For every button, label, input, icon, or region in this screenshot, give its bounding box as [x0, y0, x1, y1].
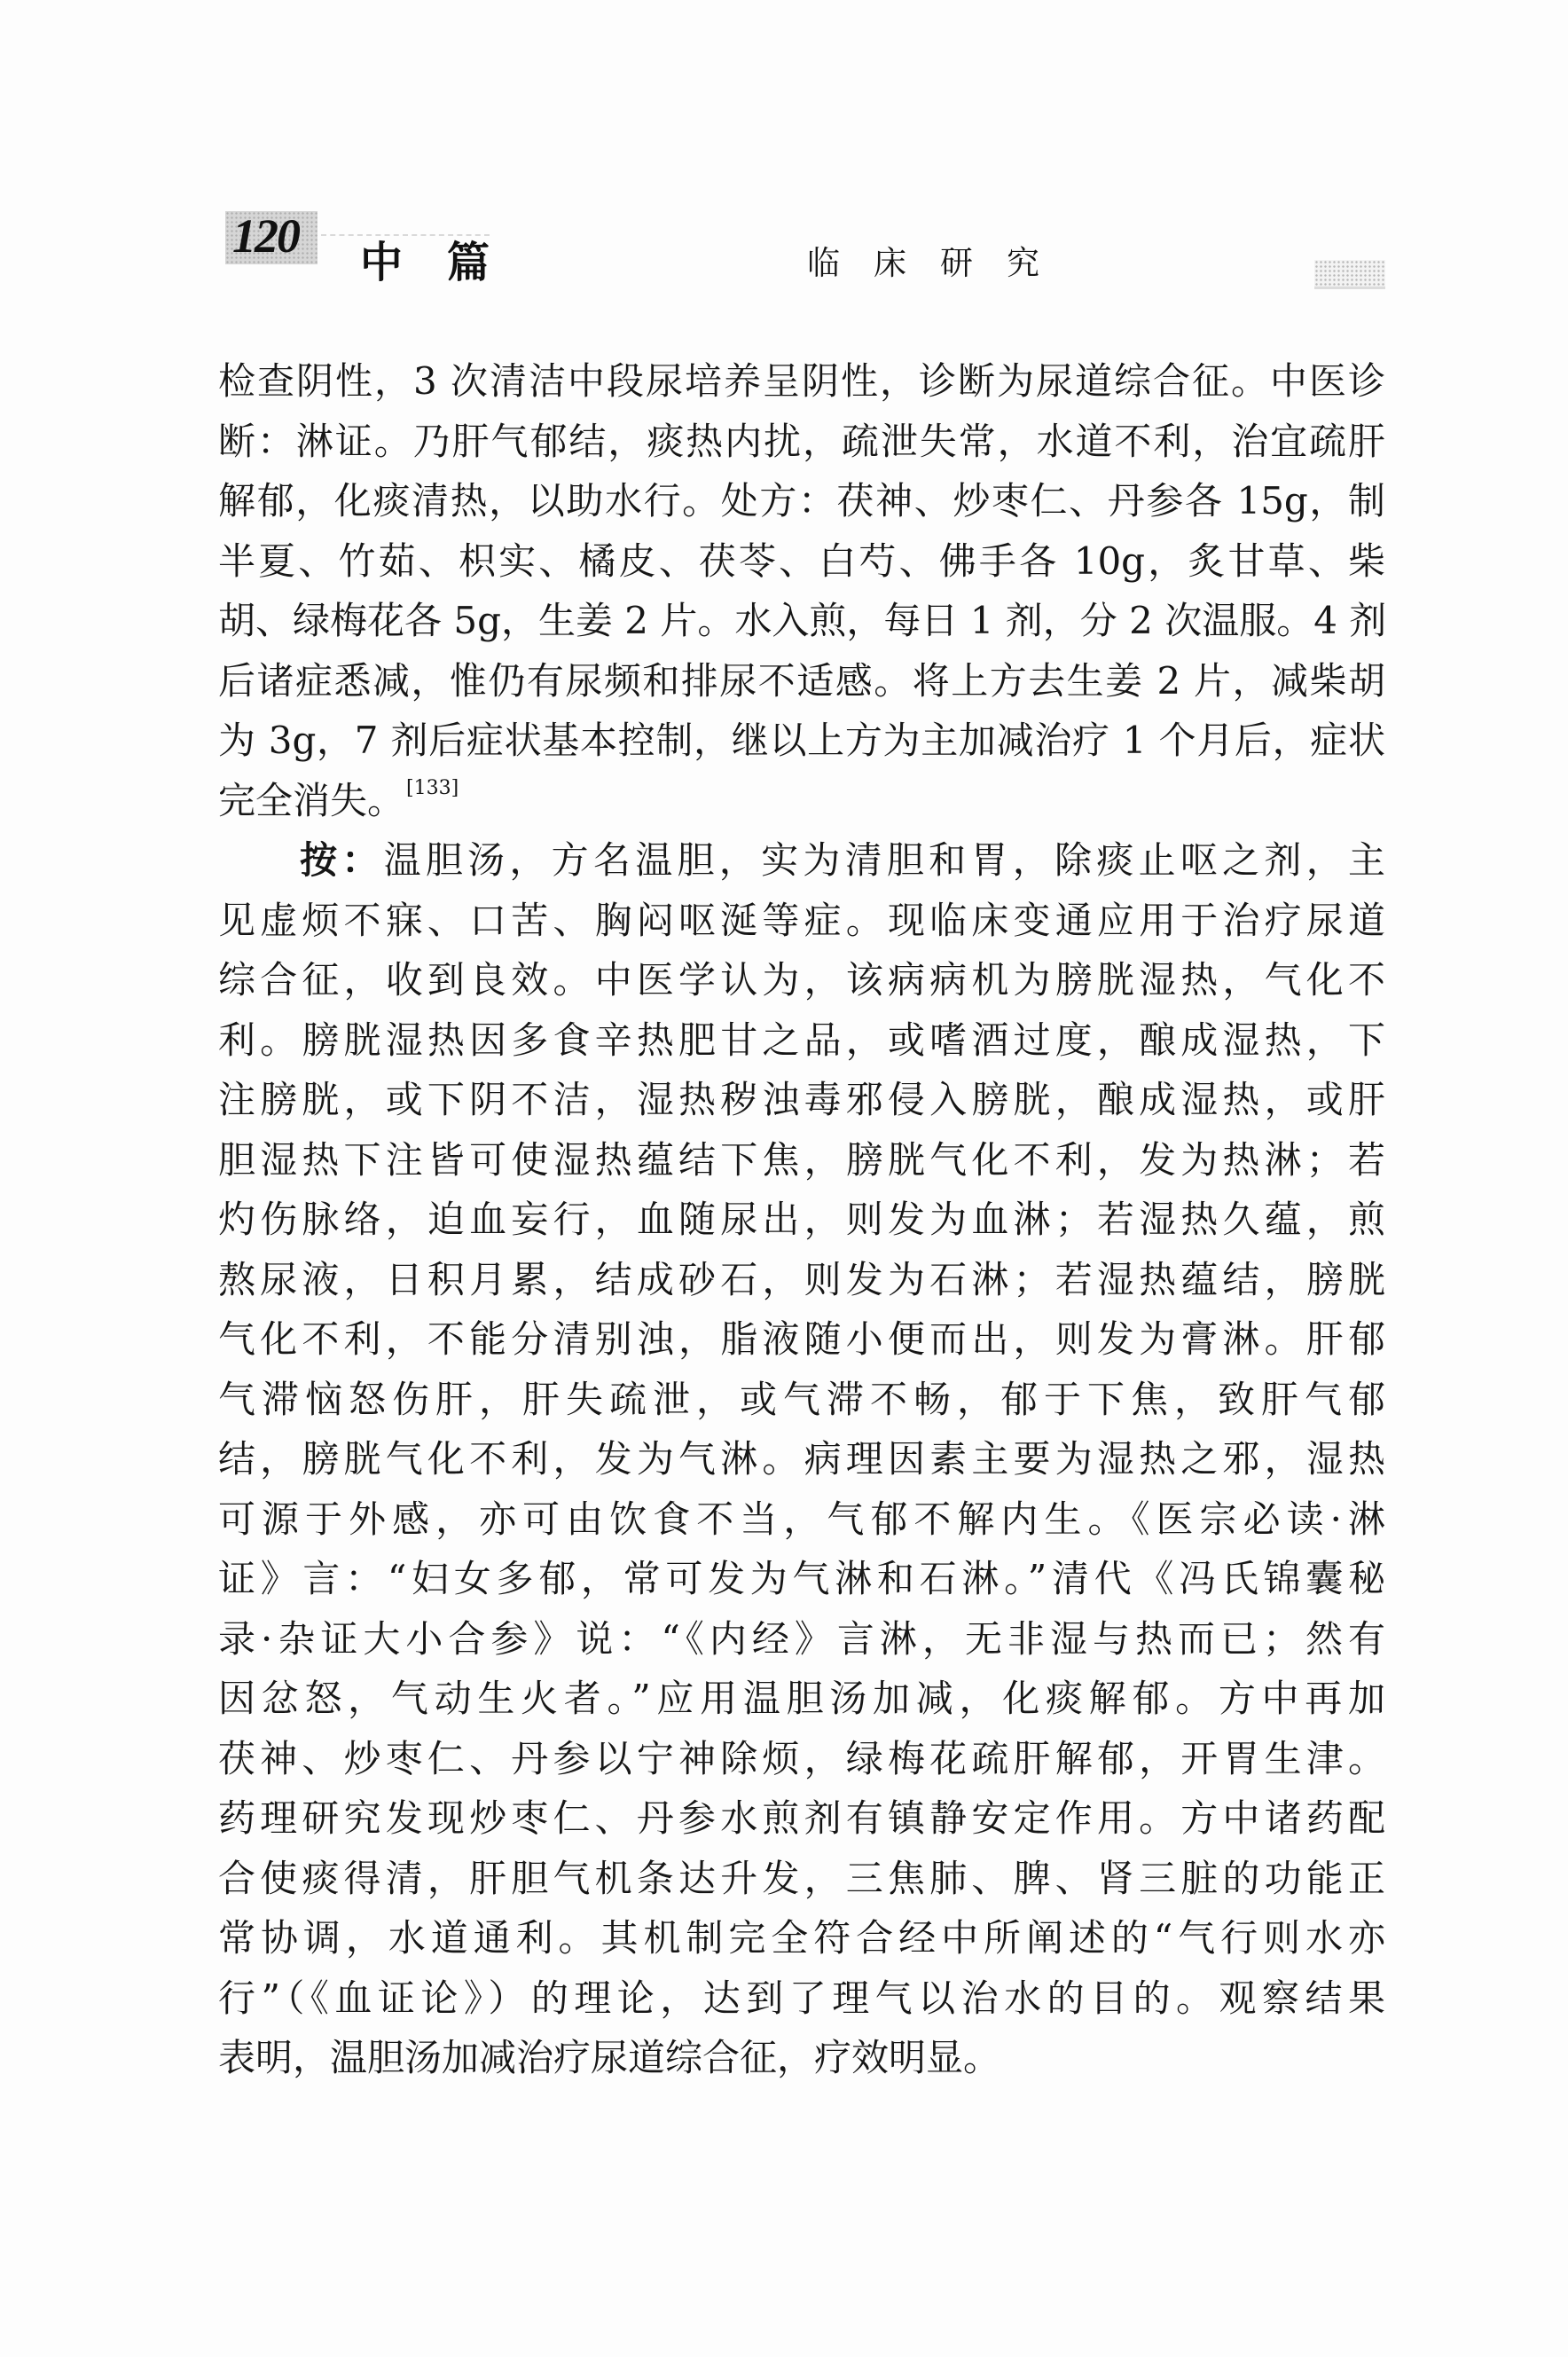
scan-artifact-mark — [1314, 260, 1385, 289]
text-line: 行”（《血证论》）的理论，达到了理气以治水的目的。观察结果 — [218, 1968, 1385, 2029]
text-line: 熬尿液，日积月累，结成砂石，则发为石淋；若湿热蕴结，膀胱 — [218, 1250, 1385, 1310]
commentary-paragraph: 按：温胆汤，方名温胆，实为清胆和胃，除痰止呕之剂，主 见虚烦不寐、口苦、胸闷呕涎… — [218, 830, 1385, 2088]
text-line: 按：温胆汤，方名温胆，实为清胆和胃，除痰止呕之剂，主 — [218, 830, 1385, 891]
header-rule — [321, 234, 490, 236]
case-report-paragraph: 检查阴性，3 次清洁中段尿培养呈阴性，诊断为尿道综合征。中医诊 断：淋证。乃肝气… — [218, 351, 1385, 830]
text-line: 灼伤脉络，迫血妄行，血随尿出，则发为血淋；若湿热久蕴，煎 — [218, 1190, 1385, 1250]
text-line: 结，膀胱气化不利，发为气淋。病理因素主要为湿热之邪，湿热 — [218, 1429, 1385, 1489]
text-line: 因忿怒，气动生火者。”应用温胆汤加减，化痰解郁。方中再加 — [218, 1669, 1385, 1729]
section-title: 临床研究 — [807, 243, 1073, 284]
text-line: 利。膀胱湿热因多食辛热肥甘之品，或嗜酒过度，酿成湿热，下 — [218, 1010, 1385, 1071]
citation-reference: [133] — [406, 777, 459, 799]
text-line: 为 3g，7 剂后症状基本控制，继以上方为主加减治疗 1 个月后，症状 — [218, 711, 1385, 771]
page-number: 120 — [232, 209, 299, 263]
text-line: 胆湿热下注皆可使湿热蕴结下焦，膀胱气化不利，发为热淋；若 — [218, 1130, 1385, 1190]
part-title: 中篇 — [360, 238, 534, 287]
commentary-label: 按： — [300, 838, 384, 882]
text-line: 录·杂证大小合参》说：“《内经》言淋，无非湿与热而已；然有 — [218, 1609, 1385, 1670]
text-line-content: 完全消失。 — [218, 779, 404, 822]
text-line: 解郁，化痰清热，以助水行。处方：茯神、炒枣仁、丹参各 15g，制 — [218, 471, 1385, 531]
book-page: 120 中篇 临床研究 检查阴性，3 次清洁中段尿培养呈阴性，诊断为尿道综合征。… — [0, 0, 1568, 2357]
text-line: 后诸症悉减，惟仍有尿频和排尿不适感。将上方去生姜 2 片，减柴胡 — [218, 651, 1385, 711]
text-line: 茯神、炒枣仁、丹参以宁神除烦，绿梅花疏肝解郁，开胃生津。 — [218, 1729, 1385, 1789]
text-line: 半夏、竹茹、枳实、橘皮、茯苓、白芍、佛手各 10g，炙甘草、柴 — [218, 531, 1385, 592]
text-line: 综合征，收到良效。中医学认为，该病病机为膀胱湿热，气化不 — [218, 950, 1385, 1010]
text-line: 表明，温胆汤加减治疗尿道综合征，疗效明显。 — [218, 2028, 1385, 2088]
text-line: 完全消失。[133] — [218, 771, 1385, 831]
text-line: 气化不利，不能分清别浊，脂液随小便而出，则发为膏淋。肝郁 — [218, 1309, 1385, 1370]
text-line: 常协调，水道通利。其机制完全符合经中所阐述的“气行则水亦 — [218, 1908, 1385, 1968]
text-line: 检查阴性，3 次清洁中段尿培养呈阴性，诊断为尿道综合征。中医诊 — [218, 351, 1385, 412]
text-line: 断：淋证。乃肝气郁结，痰热内扰，疏泄失常，水道不利，治宜疏肝 — [218, 412, 1385, 472]
text-line: 药理研究发现炒枣仁、丹参水煎剂有镇静安定作用。方中诸药配 — [218, 1788, 1385, 1849]
body-text: 检查阴性，3 次清洁中段尿培养呈阴性，诊断为尿道综合征。中医诊 断：淋证。乃肝气… — [218, 351, 1385, 2088]
text-line: 胡、绿梅花各 5g，生姜 2 片。水入煎，每日 1 剂，分 2 次温服。4 剂 — [218, 591, 1385, 651]
text-line: 见虚烦不寐、口苦、胸闷呕涎等症。现临床变通应用于治疗尿道 — [218, 891, 1385, 951]
text-line: 证》言：“妇女多郁，常可发为气淋和石淋。”清代《冯氏锦囊秘 — [218, 1549, 1385, 1609]
text-line: 合使痰得清，肝胆气机条达升发，三焦肺、脾、肾三脏的功能正 — [218, 1849, 1385, 1909]
text-line: 可源于外感，亦可由饮食不当，气郁不解内生。《医宗必读·淋 — [218, 1489, 1385, 1550]
text-line: 注膀胱，或下阴不洁，湿热秽浊毒邪侵入膀胱，酿成湿热，或肝 — [218, 1070, 1385, 1130]
text-line-content: 温胆汤，方名温胆，实为清胆和胃，除痰止呕之剂，主 — [384, 838, 1385, 882]
text-line: 气滞恼怒伤肝，肝失疏泄，或气滞不畅，郁于下焦，致肝气郁 — [218, 1370, 1385, 1430]
